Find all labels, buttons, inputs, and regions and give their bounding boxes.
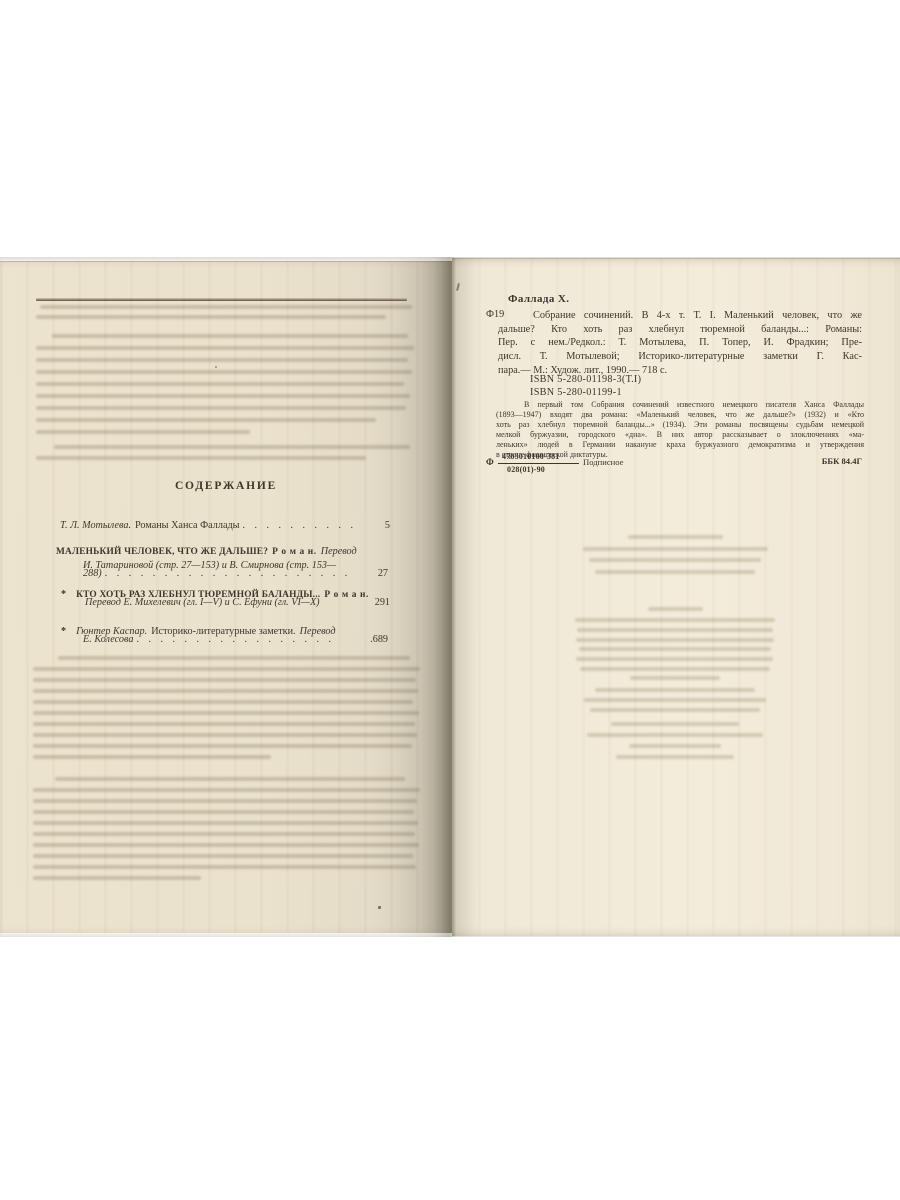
isbn-line-1: ISBN 5-280-01198-3(Т.I) — [530, 373, 641, 386]
annotation-line: мелкой буржуазии, городского «дна». В ни… — [496, 430, 864, 440]
catalog-number-numerator: 4703010100-381 — [502, 452, 559, 461]
annotation-line: (1893—1947) входят два романа: «Маленьки… — [496, 410, 864, 420]
annotation-paragraph: В первый том Собрания сочинений известно… — [496, 400, 864, 459]
annotation-line: В первый том Собрания сочинений известно… — [496, 400, 864, 410]
right-page: Фаллада Х. Ф19 Собрание сочинений. В 4-х… — [452, 258, 900, 936]
toc-entry-4-dot-leader: . . . . . . . . . . . . . . . . . — [133, 634, 370, 645]
header-rule — [36, 298, 407, 301]
toc-entry-1-title: Романы Ханса Фаллады — [135, 520, 239, 531]
toc-entry-2-line-3: 288) . . . . . . . . . . . . . . . . . .… — [83, 568, 388, 579]
pen-mark — [456, 283, 460, 291]
toc-entry-4-line-2: Е. Колесова . . . . . . . . . . . . . . … — [83, 634, 388, 645]
catalog-card-line: Пер. с нем./Редкол.: Т. Мотылева, П. Топ… — [498, 336, 862, 350]
catalog-number-denominator: 028(01)-90 — [507, 465, 545, 474]
catalog-card-line: Собрание сочинений. В 4-х т. Т. I. Мален… — [498, 309, 862, 323]
catalog-card-line: дисл. Т. Мотылевой; Историко-литературны… — [498, 350, 862, 364]
series-letter: Ф — [486, 457, 494, 467]
contents-heading: СОДЕРЖАНИЕ — [0, 480, 452, 492]
subscription-label: Подписное — [583, 457, 623, 467]
book-spread: СОДЕРЖАНИЕ Т. Л. Мотылева. Романы Ханса … — [0, 257, 900, 937]
toc-entry-1-dot-leader: . . . . . . . . . . — [240, 520, 385, 531]
toc-entry-4-asterisk: * — [61, 626, 66, 637]
catalog-card-line: дальше? Кто хоть раз хлебнул тюремной ба… — [498, 323, 862, 337]
toc-entry-3-asterisk: * — [61, 589, 66, 600]
toc-entry-2-page-number: 27 — [378, 568, 388, 579]
author-heading: Фаллада Х. — [508, 293, 569, 305]
toc-entry-2-dot-leader: . . . . . . . . . . . . . . . . . . . . … — [102, 568, 378, 579]
toc-entry-1: Т. Л. Мотылева. Романы Ханса Фаллады . .… — [60, 520, 390, 531]
annotation-line: хоть раз хлебнул тюремной баланды...» (1… — [496, 420, 864, 430]
bbk-classification: ББК 84.4Г — [822, 456, 862, 466]
left-page: СОДЕРЖАНИЕ Т. Л. Мотылева. Романы Ханса … — [0, 261, 452, 933]
toc-entry-1-author: Т. Л. Мотылева. — [60, 520, 131, 531]
toc-entry-4-page-number: .689 — [370, 634, 388, 645]
annotation-line: леньких» людей в Германии накануне краха… — [496, 440, 864, 450]
catalog-card-paragraph: Собрание сочинений. В 4-х т. Т. I. Мален… — [498, 309, 862, 378]
toc-entry-3-line-2: Перевод Е. Михелевич (гл. I—V) и С. Ефун… — [85, 597, 390, 608]
toc-entry-1-page-number: 5 — [385, 520, 390, 531]
isbn-line-2: ISBN 5-280-01199-1 — [530, 386, 622, 399]
toc-entry-3-page-number: 291 — [375, 597, 390, 608]
